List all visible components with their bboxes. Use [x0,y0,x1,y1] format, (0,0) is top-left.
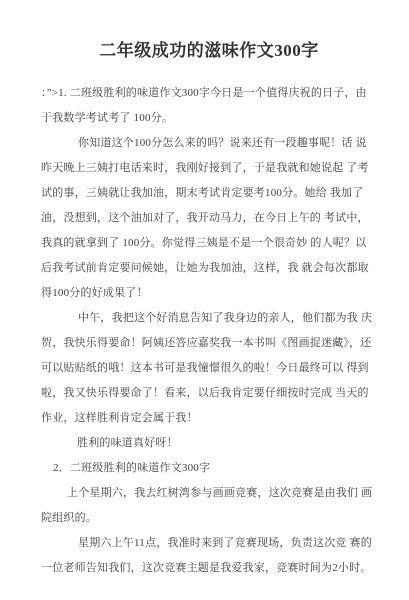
paragraph: 上个星期六，我去红树湾参与画画竞赛，这次竞赛是由我们 画院组织的。 [41,481,377,531]
paragraph: 2．二班级胜利的味道作文300字 [41,456,377,481]
paragraph: 胜利的味道真好呀！ [41,431,377,456]
paragraph: 你知道这个100分怎么来的吗？说来还有一段趣事呢！话 说昨天晚上三姨打电话来时，… [41,131,377,306]
document-page: 二年级成功的滋味作文300字 ：”>1. 二班级胜利的味道作文300字今日是一个… [0,0,409,600]
paragraph: ：”>1. 二班级胜利的味道作文300字今日是一个值得庆祝的日子，由于我数学考试… [41,81,377,131]
essay-body: ：”>1. 二班级胜利的味道作文300字今日是一个值得庆祝的日子，由于我数学考试… [41,81,377,581]
paragraph: 星期六上午11点，我准时来到了竞赛现场，负责这次竞 赛的一位老师告知我们，这次竞… [41,531,377,581]
page-title: 二年级成功的滋味作文300字 [41,40,377,62]
paragraph: 中午，我把这个好消息告知了我身边的亲人，他们都为我 庆贺，我快乐得要命！阿姨还答… [41,306,377,431]
